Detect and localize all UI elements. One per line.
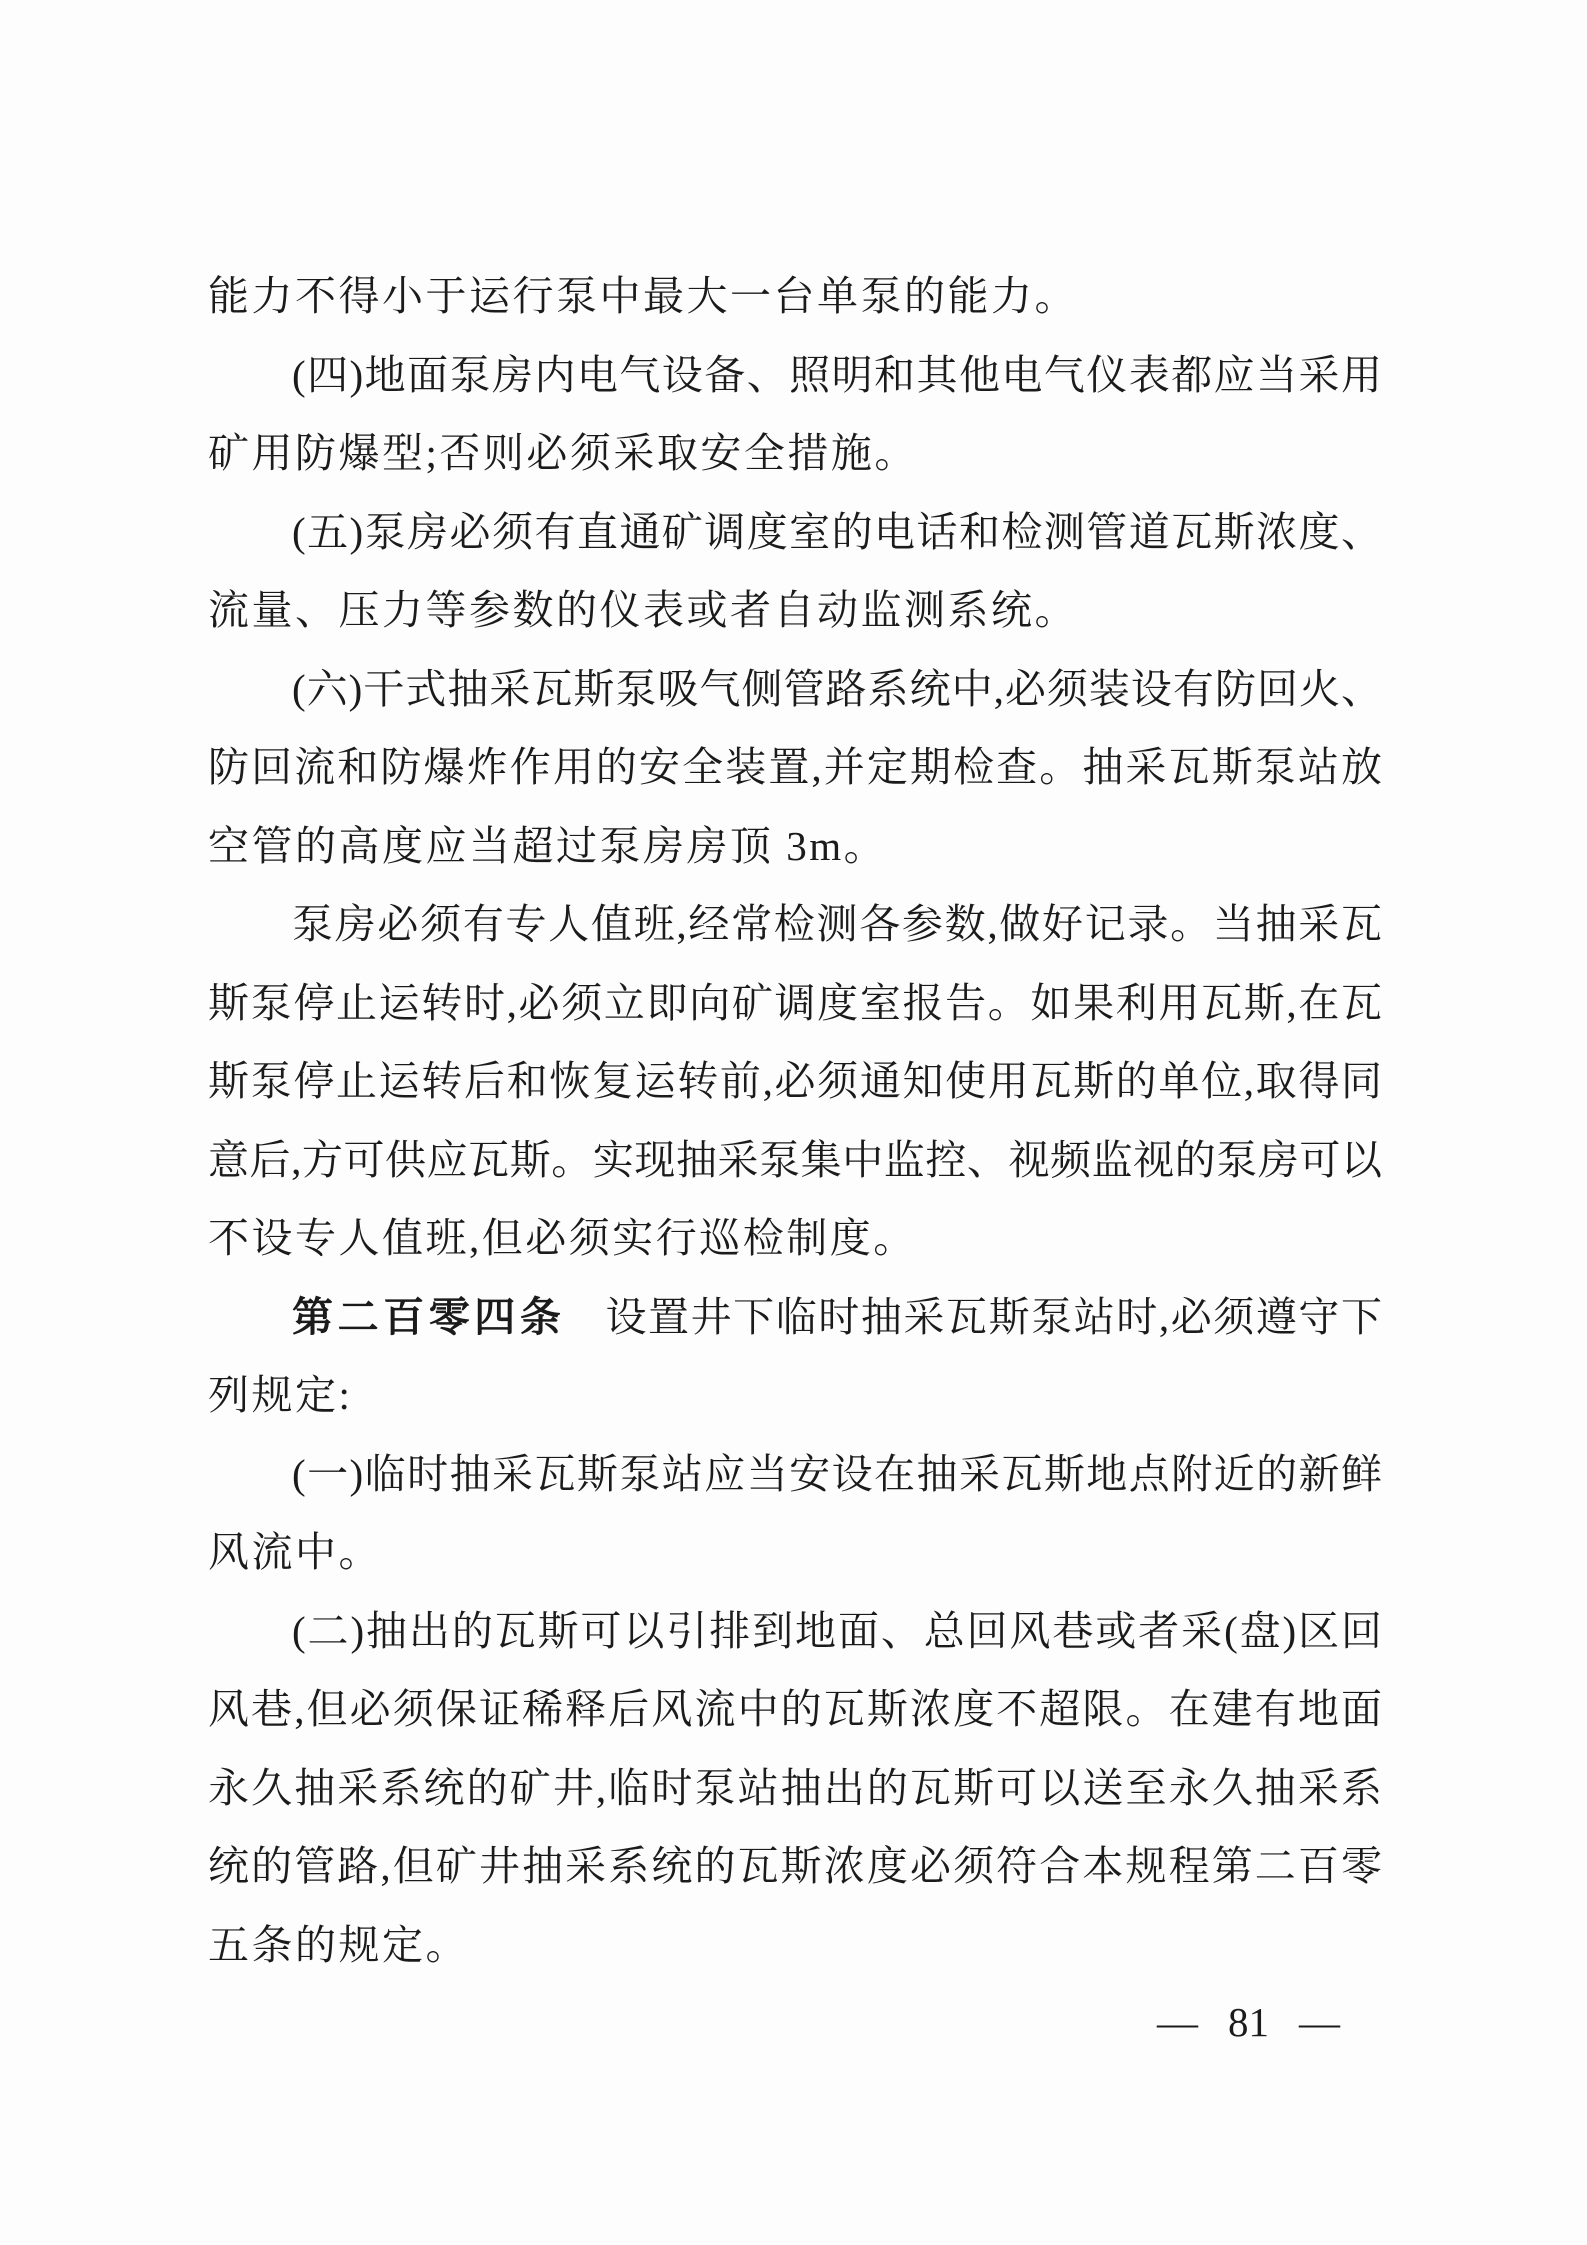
footer-dash-right: — (1299, 1998, 1340, 2046)
text-line: (六)干式抽采瓦斯泵吸气侧管路系统中,必须装设有防回火、 (208, 650, 1382, 729)
text-line: 矿用防爆型;否则必须采取安全措施。 (208, 414, 1382, 493)
text-line: 列规定: (208, 1356, 1382, 1435)
text-line: 永久抽采系统的矿井,临时泵站抽出的瓦斯可以送至永久抽采系 (208, 1749, 1382, 1828)
text-line: 流量、压力等参数的仪表或者自动监测系统。 (208, 571, 1382, 650)
article-heading: 第二百零四条 (292, 1294, 565, 1340)
text-line: 防回流和防爆炸作用的安全装置,并定期检查。抽采瓦斯泵站放 (208, 728, 1382, 807)
text-line: 不设专人值班,但必须实行巡检制度。 (208, 1199, 1382, 1278)
text-line: 五条的规定。 (208, 1906, 1382, 1985)
text-line: 统的管路,但矿井抽采系统的瓦斯浓度必须符合本规程第二百零 (208, 1827, 1382, 1906)
text-line: 斯泵停止运转时,必须立即向矿调度室报告。如果利用瓦斯,在瓦 (208, 964, 1382, 1043)
page: 能力不得小于运行泵中最大一台单泵的能力。 (四)地面泵房内电气设备、照明和其他电… (0, 0, 1587, 2245)
text-line: 泵房必须有专人值班,经常检测各参数,做好记录。当抽采瓦 (208, 885, 1382, 964)
text-line: (二)抽出的瓦斯可以引排到地面、总回风巷或者采(盘)区回 (208, 1592, 1382, 1671)
text-line: 风流中。 (208, 1513, 1382, 1592)
text-line: (一)临时抽采瓦斯泵站应当安设在抽采瓦斯地点附近的新鲜 (208, 1435, 1382, 1514)
page-number: 81 (1228, 1998, 1269, 2046)
text-line: (五)泵房必须有直通矿调度室的电话和检测管道瓦斯浓度、 (208, 493, 1382, 572)
text-line: 风巷,但必须保证稀释后风流中的瓦斯浓度不超限。在建有地面 (208, 1670, 1382, 1749)
text-block: 能力不得小于运行泵中最大一台单泵的能力。 (四)地面泵房内电气设备、照明和其他电… (208, 257, 1382, 1984)
page-footer: — 81 — (1157, 1983, 1340, 2061)
text-line: 能力不得小于运行泵中最大一台单泵的能力。 (208, 257, 1382, 336)
text-line-article: 第二百零四条设置井下临时抽采瓦斯泵站时,必须遵守下 (208, 1278, 1382, 1357)
text-line: (四)地面泵房内电气设备、照明和其他电气仪表都应当采用 (208, 336, 1382, 415)
text-line: 意后,方可供应瓦斯。实现抽采泵集中监控、视频监视的泵房可以 (208, 1121, 1382, 1200)
text-line: 斯泵停止运转后和恢复运转前,必须通知使用瓦斯的单位,取得同 (208, 1042, 1382, 1121)
article-intro-text: 设置井下临时抽采瓦斯泵站时,必须遵守下 (605, 1294, 1382, 1340)
text-line: 空管的高度应当超过泵房房顶 3m。 (208, 807, 1382, 886)
footer-dash-left: — (1157, 1998, 1198, 2046)
